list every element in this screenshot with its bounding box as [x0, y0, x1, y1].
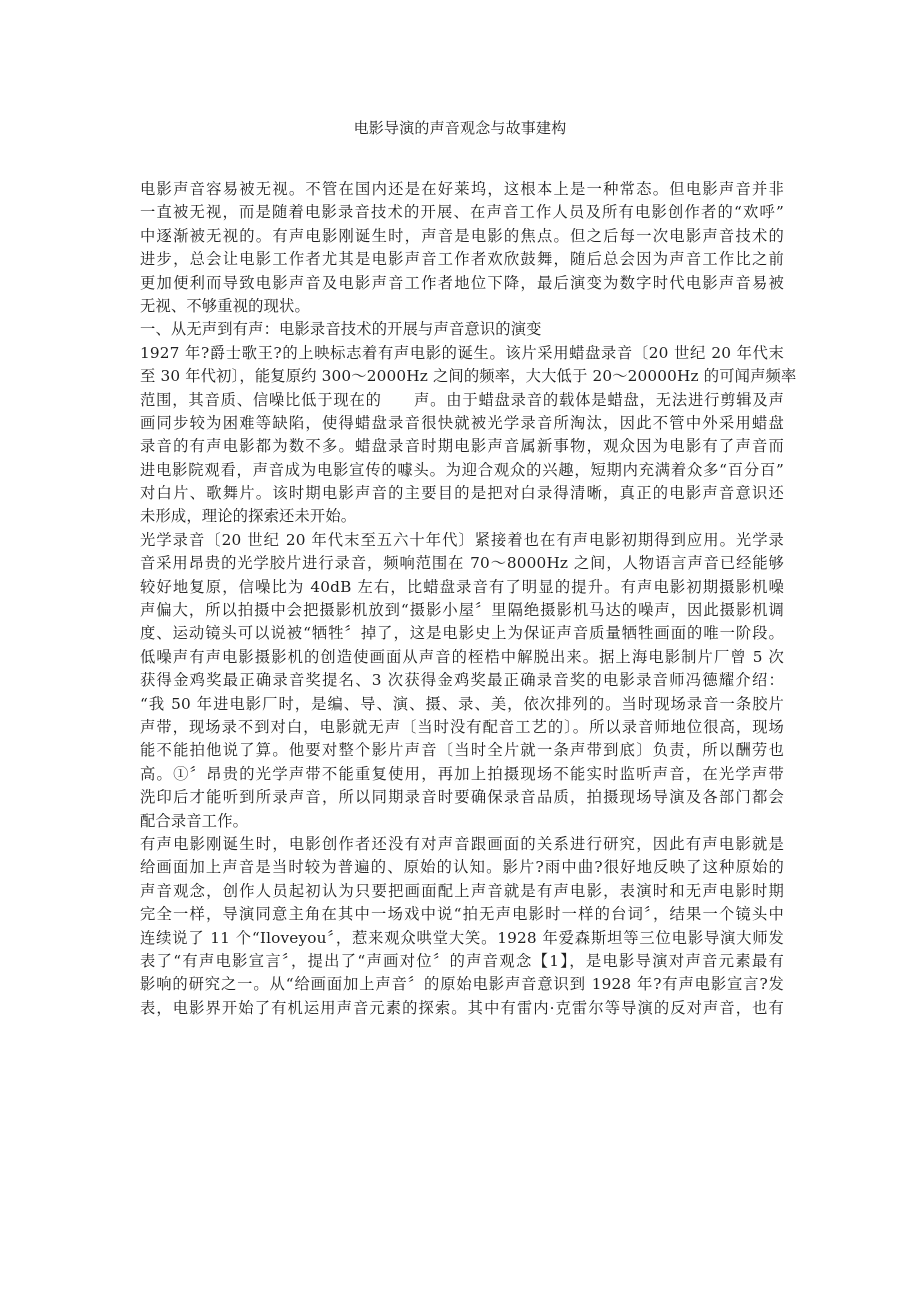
text-line: 音采用昂贵的光学胶片进行录音，频响范围在 70～8000Hz 之间，人物语言声音…	[140, 552, 784, 575]
text-line: 度、运动镜头可以说被“牺牲〞掉了，这是电影史上为保证声音质量牺牲画面的唯一阶段。	[140, 622, 784, 645]
text-line: 表，电影界开始了有机运用声音元素的探索。其中有雷内·克雷尔等导演的反对声音，也有	[140, 997, 784, 1020]
text-line: 至 30 年代初〕，能复原约 300～2000Hz 之间的频率，大大低于 20～…	[140, 365, 784, 388]
text-line: 声偏大，所以拍摄中会把摄影机放到“摄影小屋〞里隔绝摄影机马达的噪声，因此摄影机调	[140, 599, 784, 622]
text-line: 光学录音〔20 世纪 20 年代末至五六十年代〕紧接着也在有声电影初期得到应用。…	[140, 529, 784, 552]
text-line: 连续说了 11 个“Iloveyou〞，惹来观众哄堂大笑。1928 年爱森斯坦等…	[140, 927, 784, 950]
text-line: 进步，总会让电影工作者尤其是电影声音工作者欢欣鼓舞，随后总会因为声音工作比之前	[140, 248, 784, 271]
document-body: 电影声音容易被无视。不管在国内还是在好莱坞，这根本上是一种常态。但电影声音并非一…	[140, 178, 784, 1020]
text-line: 影响的研究之一。从“给画面加上声音〞的原始电影声音意识到 1928 年?有声电影…	[140, 973, 784, 996]
text-line: 低噪声有声电影摄影机的创造使画面从声音的桎梏中解脱出来。据上海电影制片厂曾 5 …	[140, 646, 784, 669]
text-line: 获得金鸡奖最正确录音奖提名、3 次获得金鸡奖最正确录音奖的电影录音师冯德耀介绍：	[140, 669, 784, 692]
text-line: 一、从无声到有声：电影录音技术的开展与声音意识的演变	[140, 318, 784, 341]
text-line: 一直被无视，而是随着电影录音技术的开展、在声音工作人员及所有电影创作者的“欢呼”	[140, 201, 784, 224]
document-title: 电影导演的声音观念与故事建构	[0, 117, 920, 139]
text-line: 1927 年?爵士歌王?的上映标志着有声电影的诞生。该片采用蜡盘录音〔20 世纪…	[140, 342, 784, 365]
text-line: 更加便利而导致电影声音及电影声音工作者地位下降，最后演变为数字时代电影声音易被	[140, 272, 784, 295]
text-line: 有声电影刚诞生时，电影创作者还没有对声音跟画面的关系进行研究，因此有声电影就是	[140, 833, 784, 856]
text-line: 未形成，理论的探索还未开始。	[140, 505, 784, 528]
text-line: 画同步较为困难等缺陷，使得蜡盘录音很快就被光学录音所淘汰，因此不管中外采用蜡盘	[140, 412, 784, 435]
text-line: 范围，其音质、信噪比低于现在的 声。由于蜡盘录音的载体是蜡盘，无法进行剪辑及声	[140, 389, 784, 412]
text-line: 给画面加上声音是当时较为普遍的、原始的认知。影片?雨中曲?很好地反映了这种原始的	[140, 856, 784, 879]
text-line: 声带，现场录不到对白，电影就无声〔当时没有配音工艺的〕。所以录音师地位很高，现场	[140, 716, 784, 739]
text-line: 配合录音工作。	[140, 810, 784, 833]
text-line: 中逐渐被无视的。有声电影刚诞生时，声音是电影的焦点。但之后每一次电影声音技术的	[140, 225, 784, 248]
text-line: 完全一样，导演同意主角在其中一场戏中说“拍无声电影时一样的台词〞，结果一个镜头中	[140, 903, 784, 926]
text-line: 进电影院观看，声音成为电影宣传的噱头。为迎合观众的兴趣，短期内充满着众多“百分百…	[140, 459, 784, 482]
text-line: 较好地复原，信噪比为 40dB 左右，比蜡盘录音有了明显的提升。有声电影初期摄影…	[140, 576, 784, 599]
text-line: 录音的有声电影都为数不多。蜡盘录音时期电影声音属新事物，观众因为电影有了声音而	[140, 435, 784, 458]
text-line: “我 50 年进电影厂时，是编、导、演、摄、录、美，依次排列的。当时现场录音一条…	[140, 693, 784, 716]
text-line: 能不能拍他说了算。他要对整个影片声音〔当时全片就一条声带到底〕负责，所以酬劳也	[140, 739, 784, 762]
text-line: 声音观念，创作人员起初认为只要把画面配上声音就是有声电影，表演时和无声电影时期	[140, 880, 784, 903]
document-page: 电影导演的声音观念与故事建构 电影声音容易被无视。不管在国内还是在好莱坞，这根本…	[0, 0, 920, 1302]
text-line: 表了“有声电影宣言〞，提出了“声画对位〞的声音观念【1】，是电影导演对声音元素最…	[140, 950, 784, 973]
text-line: 电影声音容易被无视。不管在国内还是在好莱坞，这根本上是一种常态。但电影声音并非	[140, 178, 784, 201]
text-line: 高。①〞昂贵的光学声带不能重复使用，再加上拍摄现场不能实时监听声音，在光学声带	[140, 763, 784, 786]
text-line: 对白片、歌舞片。该时期电影声音的主要目的是把对白录得清晰，真正的电影声音意识还	[140, 482, 784, 505]
text-line: 无视、不够重视的现状。	[140, 295, 784, 318]
text-line: 洗印后才能听到所录声音，所以同期录音时要确保录音品质，拍摄现场导演及各部门都会	[140, 786, 784, 809]
